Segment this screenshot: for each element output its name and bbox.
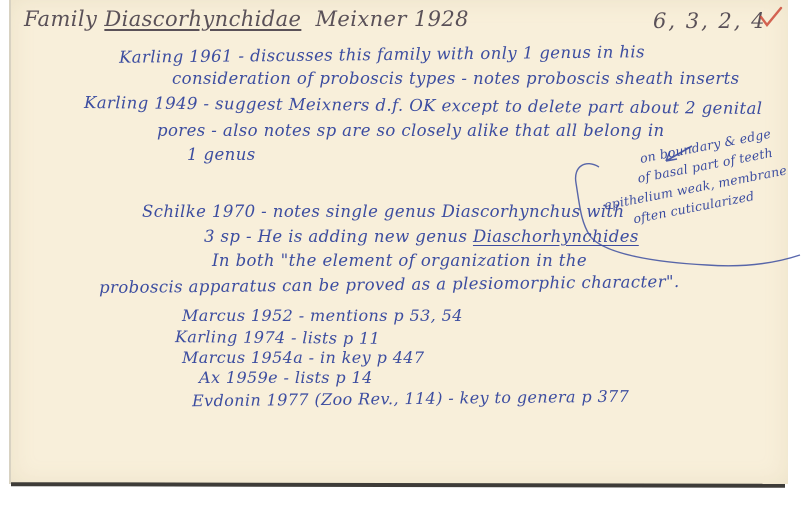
note-schilke-1970: Schilke 1970 - notes single genus Diasco…: [142, 202, 624, 221]
note-karling-1949-cont2: 1 genus: [187, 145, 256, 164]
family-name: Diascorhynchidae: [104, 7, 301, 31]
card-bottom-edge: [11, 482, 785, 488]
citation-ax-1959e: Ax 1959e - lists p 14: [199, 368, 373, 387]
note-karling-1949-cont: pores - also notes sp are so closely ali…: [157, 121, 665, 140]
scanned-index-card: Family Diascorhynchidae Meixner 1928 6, …: [0, 0, 803, 507]
citation-marcus-1954a: Marcus 1954a - in key p 447: [182, 348, 424, 367]
citation-karling-1974: Karling 1974 - lists p 11: [175, 327, 380, 348]
note-quote-1: In both "the element of organization in …: [212, 251, 587, 270]
genus-line-pre: 3 sp - He is adding new genus: [204, 227, 473, 246]
citation-marcus-1952: Marcus 1952 - mentions p 53, 54: [182, 306, 463, 325]
card-title: Family Diascorhynchidae Meixner 1928: [24, 7, 469, 31]
author-year: Meixner 1928: [316, 7, 469, 31]
note-karling-1961-cont: consideration of proboscis types - notes…: [172, 69, 740, 88]
note-schilke-genus: 3 sp - He is adding new genus Diaschorhy…: [204, 227, 639, 246]
family-label: Family: [24, 7, 97, 31]
classification-code: 6, 3, 2, 4: [653, 9, 767, 33]
